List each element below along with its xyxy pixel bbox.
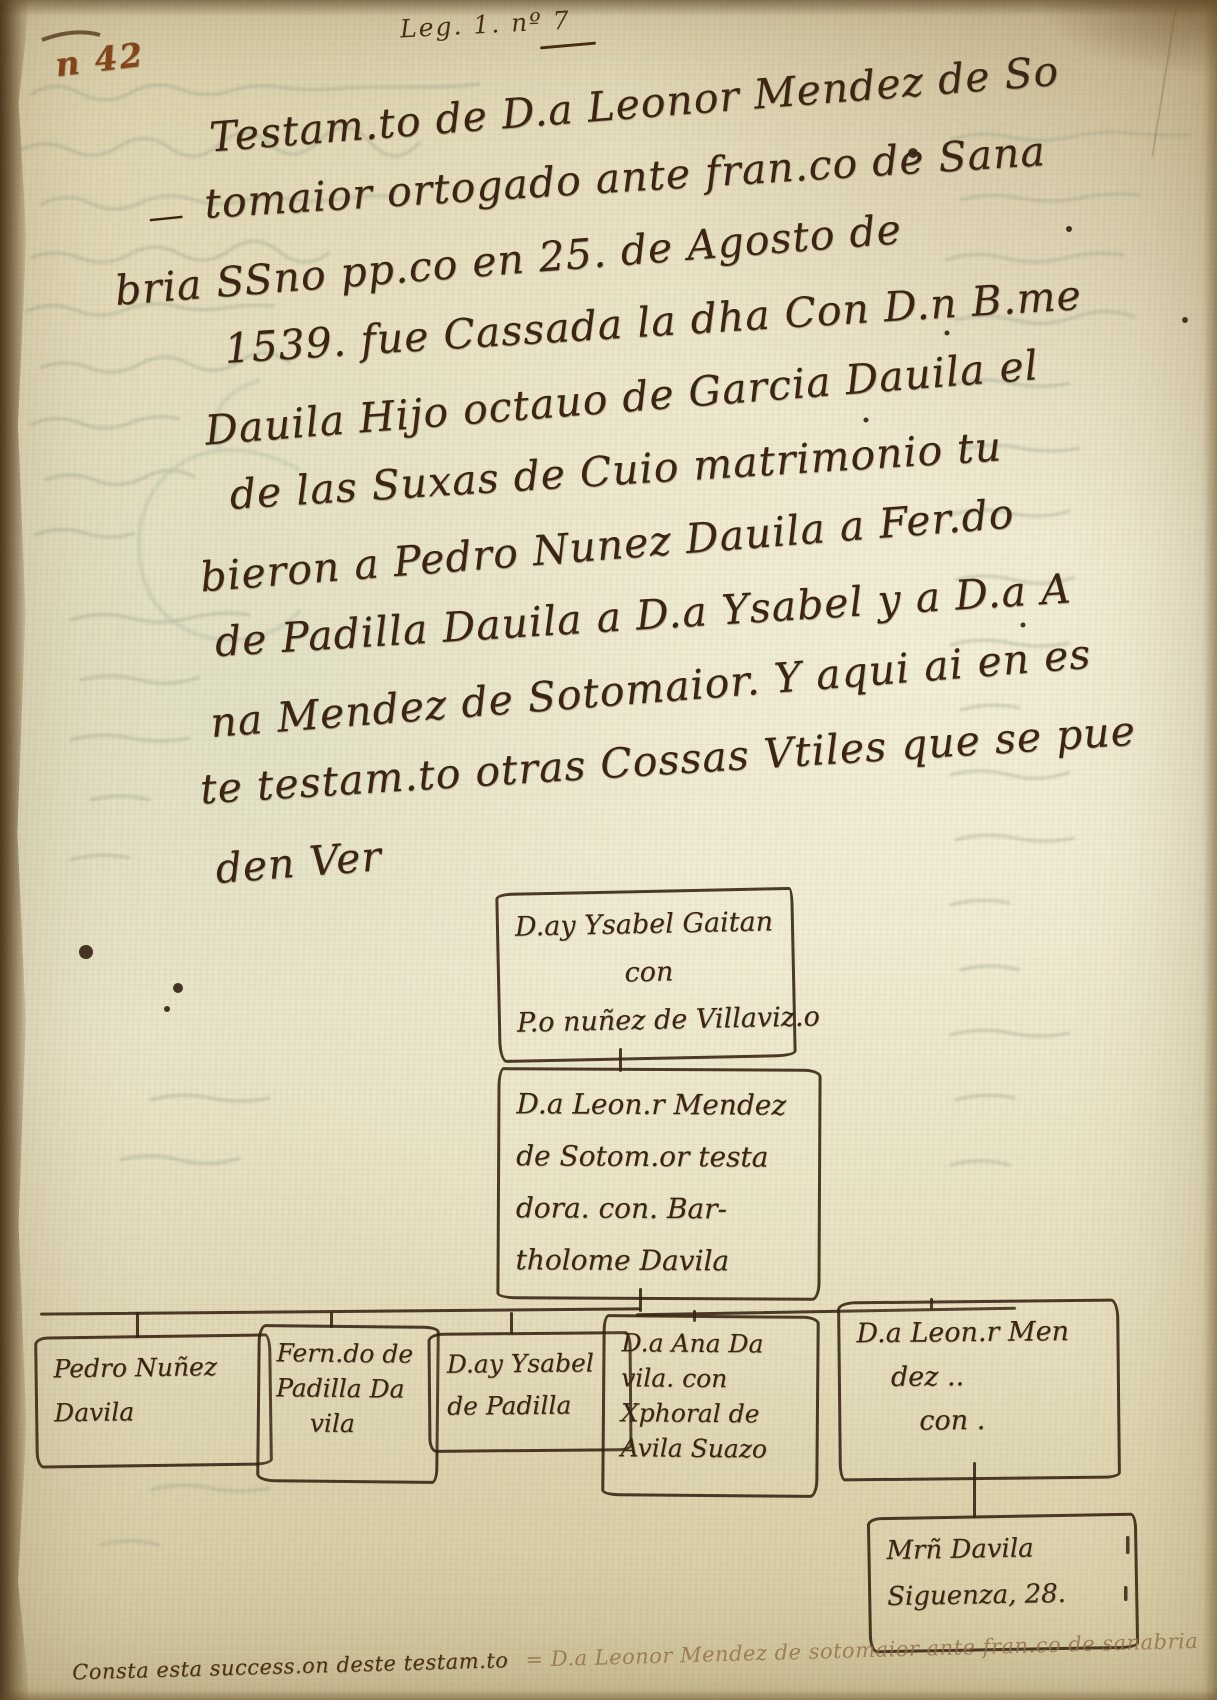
tree-node-text: D.a Leon.r Mendez [516, 1078, 808, 1132]
tree-node-text: vila. con [621, 1360, 806, 1397]
tree-node-grandparents: D.ay Ysabel Gaitan con P.o nuñez de Vill… [495, 887, 796, 1063]
tree-node-text: con . [919, 1398, 1107, 1444]
tree-node-text: Avila Suazo [620, 1430, 805, 1467]
tree-node-text: Siguenza, 28. [887, 1570, 1126, 1620]
tree-node-text: D.ay Ysabel Gaitan [514, 898, 781, 952]
tree-connector [136, 1312, 139, 1338]
tree-node-text: Davila [54, 1389, 260, 1436]
tree-node-text: D.a Ana Da [621, 1325, 806, 1362]
tree-node-text: de Padilla [447, 1384, 619, 1427]
tree-connector [973, 1462, 976, 1518]
page-edge-bottom [0, 1690, 1217, 1700]
tree-node-text: vila [310, 1406, 426, 1442]
tree-node-text: de Sotom.or testa [516, 1130, 808, 1184]
manuscript-page: n 42 Leg. 1. nº 7 — Testam.to de D.a Leo… [0, 0, 1217, 1700]
tree-node-text: Pedro Nuñez [53, 1345, 259, 1392]
tree-node-text: D.a Leon.r Men [856, 1310, 1106, 1357]
tree-node-text: Mrñ Davila [886, 1524, 1125, 1574]
tree-node-text: D.ay Ysabel [447, 1342, 619, 1385]
tree-node-text: Xphoral de [621, 1395, 806, 1432]
tree-node-testatrix: D.a Leon.r Mendez de Sotom.or testa dora… [496, 1067, 821, 1301]
tree-node-text: P.o nuñez de Villaviz.o [516, 994, 783, 1048]
testament-summary-paragraph: Testam.to de D.a Leonor Mendez de So tom… [88, 47, 1162, 919]
tree-node-child-ana-davila: D.a Ana Da vila. con Xphoral de Avila Su… [601, 1314, 820, 1498]
tree-node-child-pedro-nunez: Pedro Nuñez Davila [34, 1333, 273, 1468]
tree-connector [510, 1312, 513, 1334]
page-edge-right [1203, 0, 1217, 1700]
corner-pen-stroke [42, 32, 100, 40]
tree-node-text: dez .. [891, 1354, 1107, 1400]
tree-node-child-fernando-padilla: Fern.do de Padilla Da vila [256, 1324, 440, 1484]
tree-node-text: tholome Davila [515, 1234, 807, 1288]
tree-node-text: Fern.do de [276, 1335, 426, 1372]
tree-node-child-leonor-mendez: D.a Leon.r Men dez .. con . [837, 1299, 1121, 1482]
tree-node-text: con [515, 946, 782, 1000]
tree-node-text: Padilla Da [276, 1370, 426, 1407]
tree-node-text: dora. con. Bar- [516, 1182, 808, 1236]
